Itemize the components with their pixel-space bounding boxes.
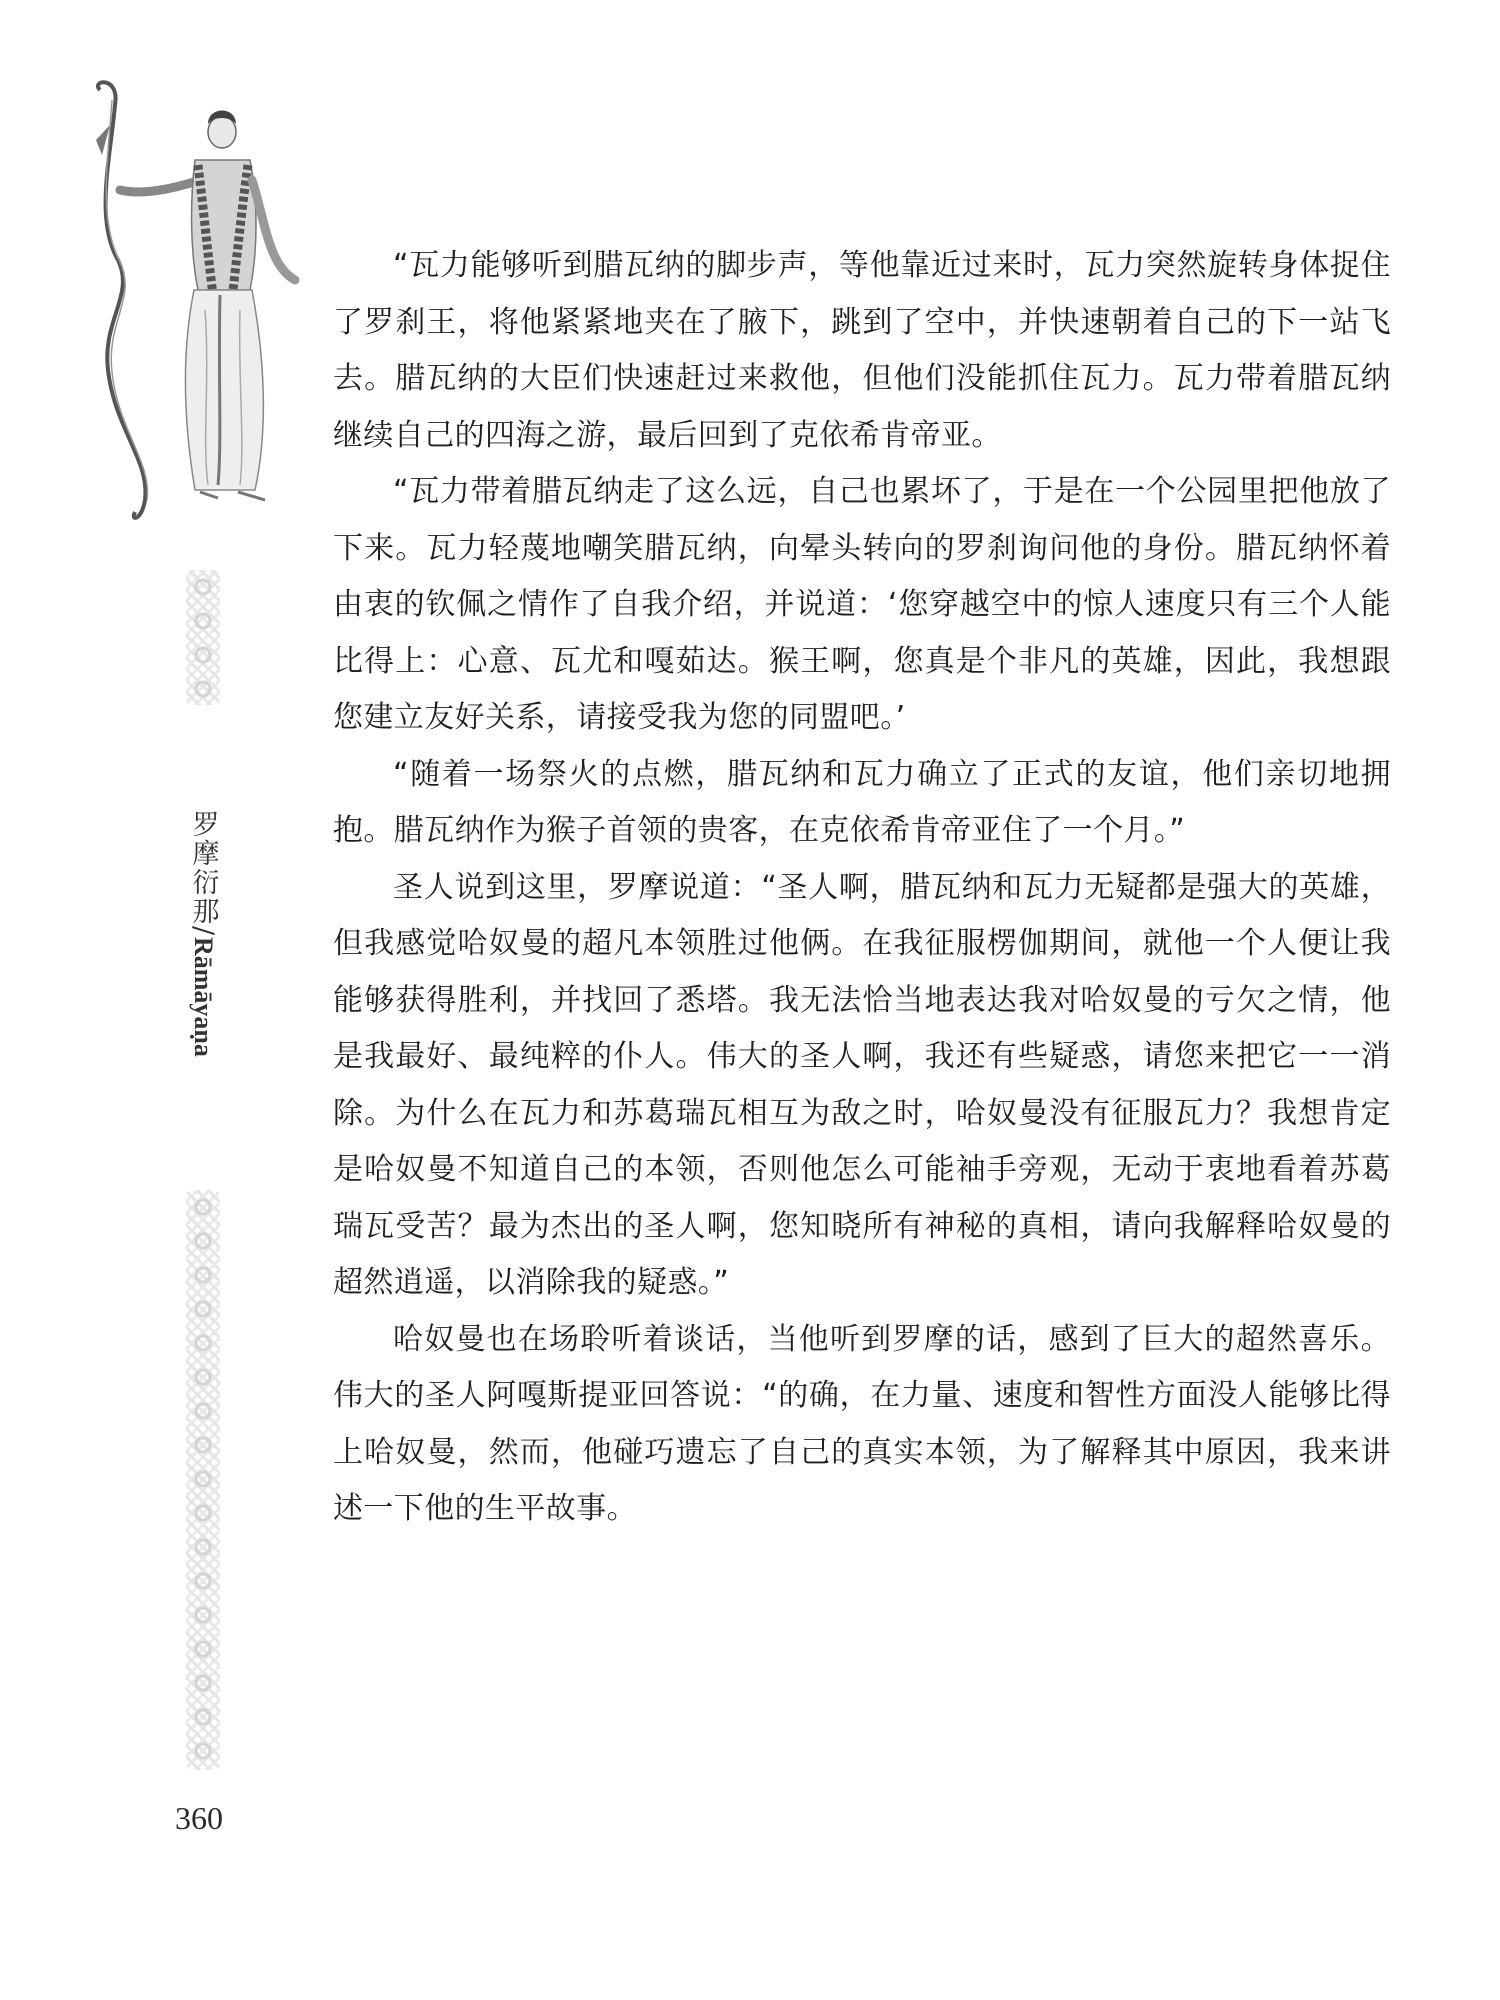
bow-figure-illustration (90, 80, 310, 530)
paragraph: 圣人说到这里，罗摩说道：“圣人啊，腊瓦纳和瓦力无疑都是强大的英雄，但我感觉哈奴曼… (333, 860, 1391, 1312)
page-number: 360 (175, 1800, 223, 1837)
paragraph: “随着一场祭火的点燃，腊瓦纳和瓦力确立了正式的友谊，他们亲切地拥抱。腊瓦纳作为猴… (333, 747, 1391, 860)
running-title-chinese: 罗摩衍那 (184, 810, 223, 926)
decorative-border-top (186, 570, 220, 705)
paragraph: 哈奴曼也在场聆听着谈话，当他听到罗摩的话，感到了巨大的超然喜乐。伟大的圣人阿嘎斯… (333, 1312, 1391, 1538)
paragraph: “瓦力带着腊瓦纳走了这么远，自己也累坏了，于是在一个公园里把他放了下来。瓦力轻蔑… (333, 464, 1391, 747)
running-title: 罗摩衍那 / Rāmāyaṇa (180, 810, 226, 1140)
paragraph: “瓦力能够听到腊瓦纳的脚步声，等他靠近过来时，瓦力突然旋转身体捉住了罗刹王，将他… (333, 238, 1391, 464)
book-page: 罗摩衍那 / Rāmāyaṇa 360 “瓦力能够听到腊瓦纳的脚步声，等他靠近过… (0, 0, 1500, 2000)
running-title-latin: Rāmāyaṇa (188, 937, 218, 1057)
running-title-separator: / (188, 926, 219, 937)
decorative-border-bottom (186, 1190, 220, 1770)
body-text: “瓦力能够听到腊瓦纳的脚步声，等他靠近过来时，瓦力突然旋转身体捉住了罗刹王，将他… (333, 238, 1391, 1538)
